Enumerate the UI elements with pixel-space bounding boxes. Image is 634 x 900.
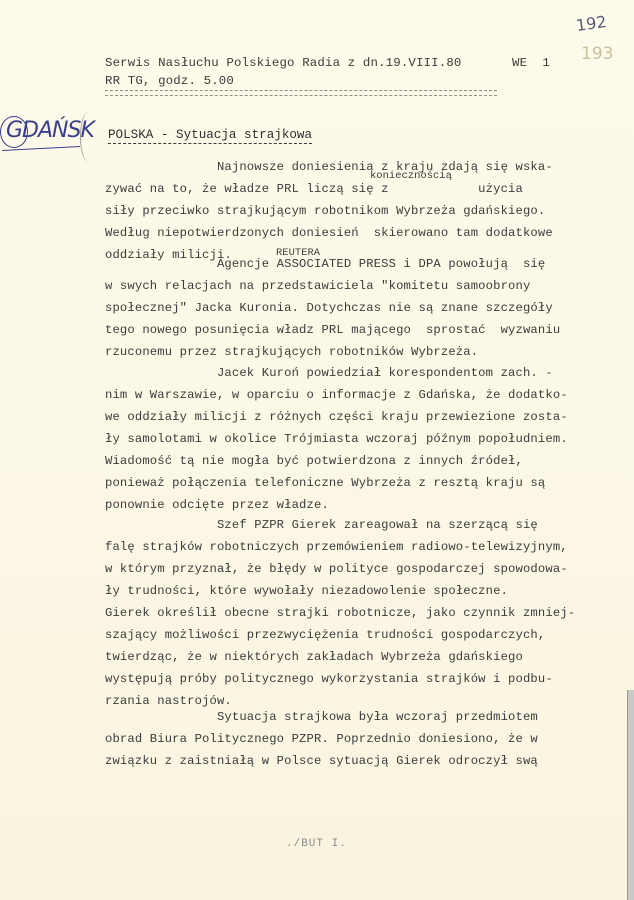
typed-line: społecznej" Jacka Kuronia. Dotychczas ni… <box>105 301 553 315</box>
typed-line: we oddziały milicji z różnych części kra… <box>105 410 568 424</box>
margin-bracket <box>80 112 97 162</box>
header-reference: WE 1 <box>512 56 550 70</box>
document-title: POLSKA - Sytuacja strajkowa <box>108 128 312 144</box>
handwritten-page-number-upper: 192 <box>575 12 608 35</box>
typed-line: siły przeciwko strajkującym robotnikom W… <box>105 204 545 218</box>
typed-line: Szef PZPR Gierek zareagował na szerzącą … <box>105 518 538 532</box>
typed-line: rzania nastrojów. <box>105 694 232 708</box>
typed-line: ponieważ połączenia telefoniczne Wybrzeż… <box>105 476 545 490</box>
scanned-document-page: GDAŃSK 192 193 Serwis Nasłuchu Polskiego… <box>0 0 634 900</box>
typed-line: ponownie odcięte przez władze. <box>105 498 329 512</box>
typed-line: zywać na to, że władze PRL liczą się z u… <box>105 182 523 196</box>
typed-line: ły samolotami w okolice Trójmiasta wczor… <box>105 432 568 446</box>
typed-line: w swych relacjach na przedstawiciela "ko… <box>105 279 530 293</box>
typed-line: nim w Warszawie, w oparciu o informacje … <box>105 388 568 402</box>
typed-line: Najnowsze doniesienia z kraju zdają się … <box>105 160 553 174</box>
typed-line: występują próby politycznego wykorzystan… <box>105 672 553 686</box>
typed-line: Agencje ASSOCIATED PRESS i DPA powołują … <box>105 257 545 271</box>
typed-line: Gierek określił obecne strajki robotnicz… <box>105 606 575 620</box>
typed-line: twierdząc, że w niektórych zakładach Wyb… <box>105 650 523 664</box>
typed-line: falę strajków robotniczych przemówieniem… <box>105 540 568 554</box>
header-separator <box>105 90 497 96</box>
typed-line: szający możliwości przezwyciężenia trudn… <box>105 628 545 642</box>
typed-line: Jacek Kuroń powiedział korespondentom za… <box>105 366 553 380</box>
typed-line: w którym przyznał, że błędy w polityce g… <box>105 562 568 576</box>
typed-line: Wiadomość tą nie mogła być potwierdzona … <box>105 454 523 468</box>
header-source-time: RR TG, godz. 5.00 <box>105 74 234 88</box>
typed-line: Według niepotwierdzonych doniesień skier… <box>105 226 553 240</box>
header-service-line: Serwis Nasłuchu Polskiego Radia z dn.19.… <box>105 56 462 70</box>
typed-line: ły trudności, które wywołały niezadowole… <box>105 584 508 598</box>
scan-edge-strip <box>627 690 634 900</box>
typed-insertion: koniecznością <box>370 170 452 182</box>
handwritten-page-number-lower: 193 <box>581 44 613 64</box>
typed-line: rzuconemu przez strajkujących robotników… <box>105 345 478 359</box>
typed-line: związku z zaistniałą w Polsce sytuacją G… <box>105 754 538 768</box>
typed-line: obrad Biura Politycznego PZPR. Poprzedni… <box>105 732 538 746</box>
typed-line: Sytuacja strajkowa była wczoraj przedmio… <box>105 710 538 724</box>
typed-line: tego nowego posunięcia władz PRL mająceg… <box>105 323 560 337</box>
continuation-mark: ./BUT I. <box>286 838 347 850</box>
